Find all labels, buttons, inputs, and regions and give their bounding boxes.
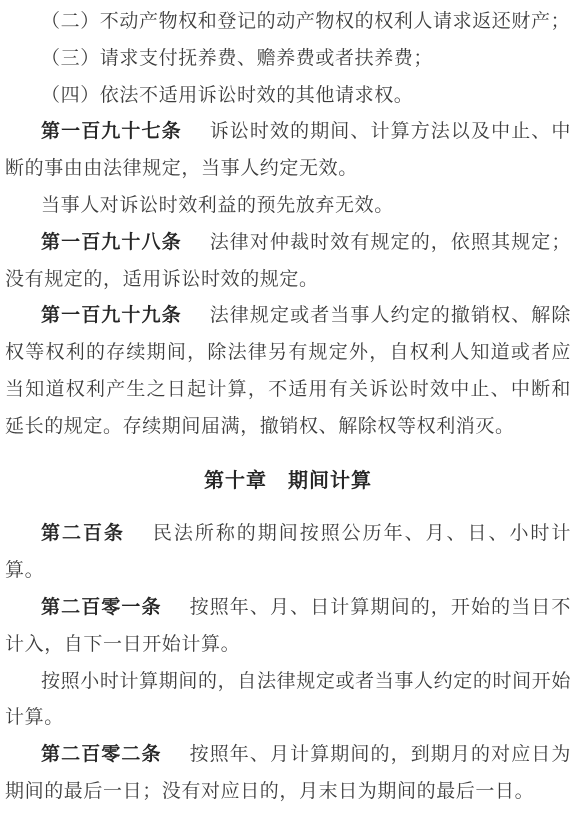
article-paragraph: 第一百九十九条法律规定或者当事人约定的撤销权、解除权等权利的存续期间，除法律另有… [5,298,571,445]
article-number: 第二百零二条 [41,744,162,765]
article-number: 第一百九十九条 [41,305,182,326]
article-number: 第二百条 [41,523,125,544]
paragraph: （四）依法不适用诉讼时效的其他请求权。 [5,78,571,115]
article-paragraph: 第二百零一条按照年、月、日计算期间的，开始的当日不计入，自下一日开始计算。 [5,590,571,664]
article-paragraph: 第二百条民法所称的期间按照公历年、月、日、小时计算。 [5,516,571,590]
paragraph: （三）请求支付抚养费、赡养费或者扶养费； [5,41,571,78]
article-paragraph: 第一百九十七条诉讼时效的期间、计算方法以及中止、中断的事由由法律规定，当事人约定… [5,114,571,188]
article-paragraph: 第一百九十八条法律对仲裁时效有规定的，依照其规定；没有规定的，适用诉讼时效的规定… [5,225,571,299]
document-page: （二）不动产物权和登记的动产物权的权利人请求返还财产；（三）请求支付抚养费、赡养… [0,0,578,813]
article-paragraph: 第二百零二条按照年、月计算期间的，到期月的对应日为期间的最后一日；没有对应日的，… [5,737,571,811]
article-number: 第一百九十七条 [41,121,182,142]
article-number: 第二百零一条 [41,597,162,618]
paragraph: 按照小时计算期间的，自法律规定或者当事人约定的时间开始计算。 [5,664,571,738]
chapter-heading: 第十章 期间计算 [5,463,571,500]
article-number: 第一百九十八条 [41,232,182,253]
paragraph: 当事人对诉讼时效利益的预先放弃无效。 [5,188,571,225]
paragraph: （二）不动产物权和登记的动产物权的权利人请求返还财产； [5,4,571,41]
